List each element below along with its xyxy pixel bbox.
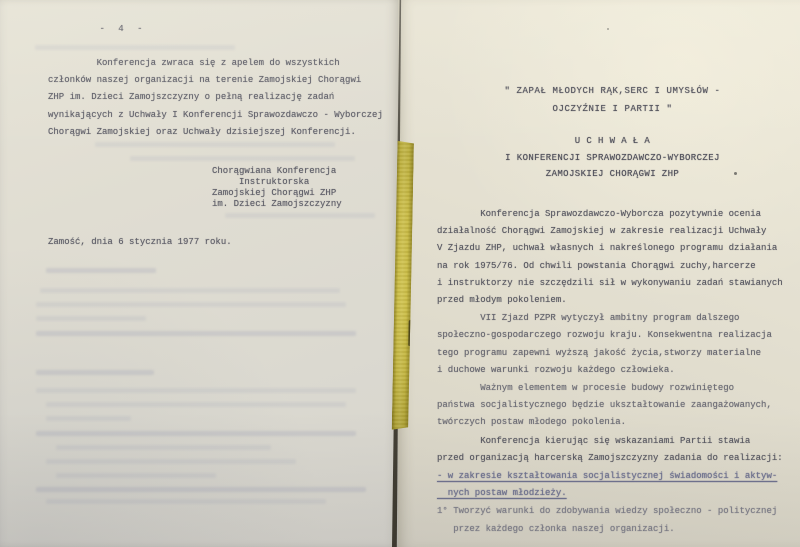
ghost-bleed-line [36,302,346,307]
paragraph: Konferencja kierując się wskazaniami Par… [437,433,789,467]
ghost-bleed-line [36,487,366,492]
signature-block: Chorągwiana Konferencja Instruktorska Za… [212,166,342,210]
ghost-bleed-line [130,156,355,161]
paragraph: Ważnym elementem w procesie budowy rozwi… [437,380,789,432]
left-page: - 4 - Konferencja zwraca się z apelem do… [0,0,400,547]
ghost-bleed-line [56,473,216,478]
document-photo: - 4 - Konferencja zwraca się z apelem do… [0,0,800,547]
ghost-bleed-line [46,268,156,273]
ghost-bleed-line [56,445,271,450]
ghost-bleed-line [46,499,326,504]
task-section-heading: - w zakresie kształtowania socjalistyczn… [437,468,789,502]
paper-speck [607,28,609,30]
dateline: Zamość, dnia 6 stycznia 1977 roku. [48,234,232,251]
ghost-bleed-line [225,213,375,218]
resolution-title: U C H W A Ł A I KONFERENCJI SPRAWOZDAWCZ… [440,133,785,183]
ghost-bleed-line [36,316,146,321]
ghost-bleed-line [46,402,346,407]
ghost-bleed-line [95,142,335,147]
ghost-bleed-line [35,45,235,50]
ghost-bleed-line [36,431,356,436]
ghost-bleed-line [46,416,131,421]
resolution-body: Konferencja Sprawozdawczo-Wyborcza pozyt… [437,206,789,539]
closing-paragraph: Konferencja zwraca się z apelem do wszys… [48,55,383,141]
task-item-1: 1° Tworzyć warunki do zdobywania wiedzy … [437,503,789,537]
ghost-bleed-line [46,459,296,464]
ghost-bleed-line [36,388,356,393]
page-number: - 4 - [88,21,158,38]
paragraph: VII Zjazd PZPR wytyczył ambitny program … [437,310,789,379]
ghost-bleed-line [36,370,154,375]
motto-quote: " ZAPAŁ MŁODYCH RĄK,SERC I UMYSŁÓW - OJC… [440,83,785,118]
ghost-bleed-line [36,331,356,336]
ghost-bleed-line [40,288,340,293]
paragraph: Konferencja Sprawozdawczo-Wyborcza pozyt… [437,206,789,309]
